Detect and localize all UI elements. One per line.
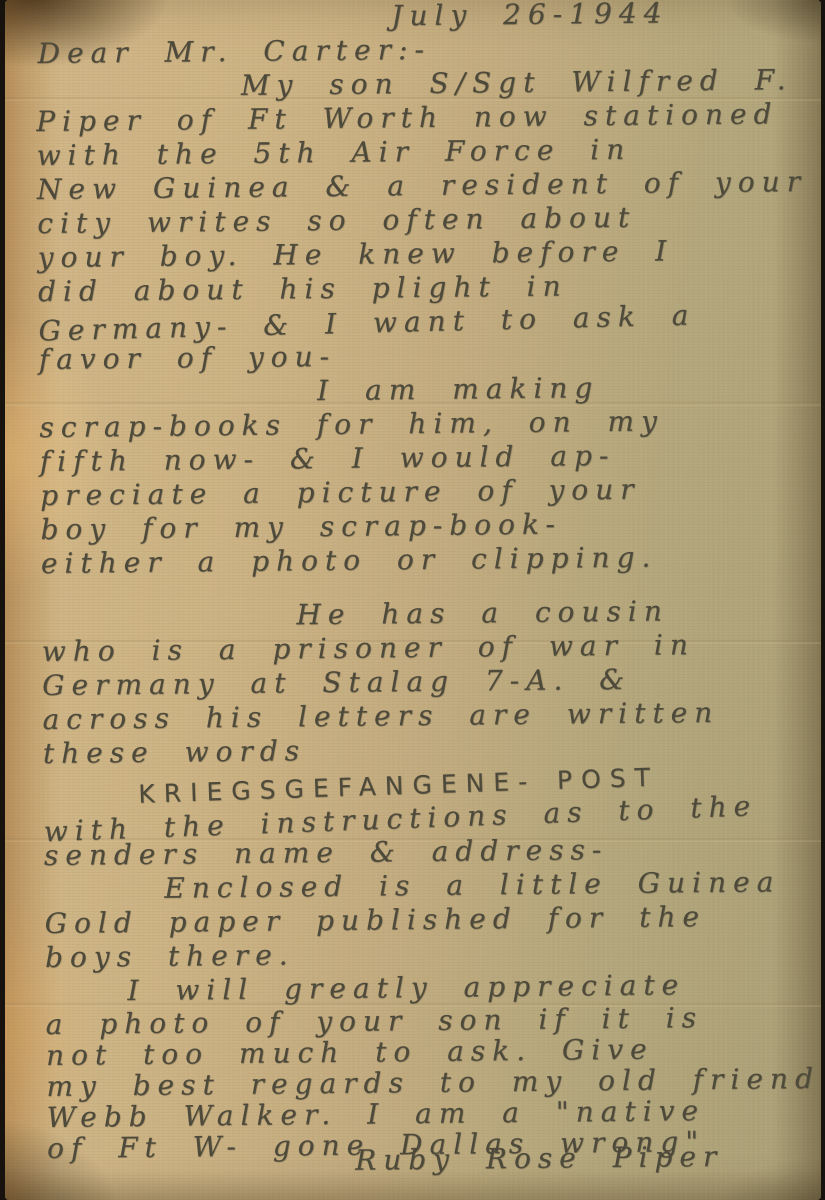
letter-line: He has a cousin — [296, 593, 821, 633]
letter-line: either a photo or clipping. — [41, 539, 821, 581]
date-line: July 26-1944 — [391, 0, 821, 33]
letter-body: July 26-1944Dear Mr. Carter:-My son S/Sg… — [35, 0, 821, 1200]
letter-line: I am making — [317, 369, 821, 408]
scanner-background: { "letter": { "kind": "handwritten-lette… — [0, 0, 825, 1200]
signature-line: Ruby Rose Piper — [355, 1140, 821, 1176]
letter-page: July 26-1944Dear Mr. Carter:-My son S/Sg… — [5, 0, 821, 1200]
